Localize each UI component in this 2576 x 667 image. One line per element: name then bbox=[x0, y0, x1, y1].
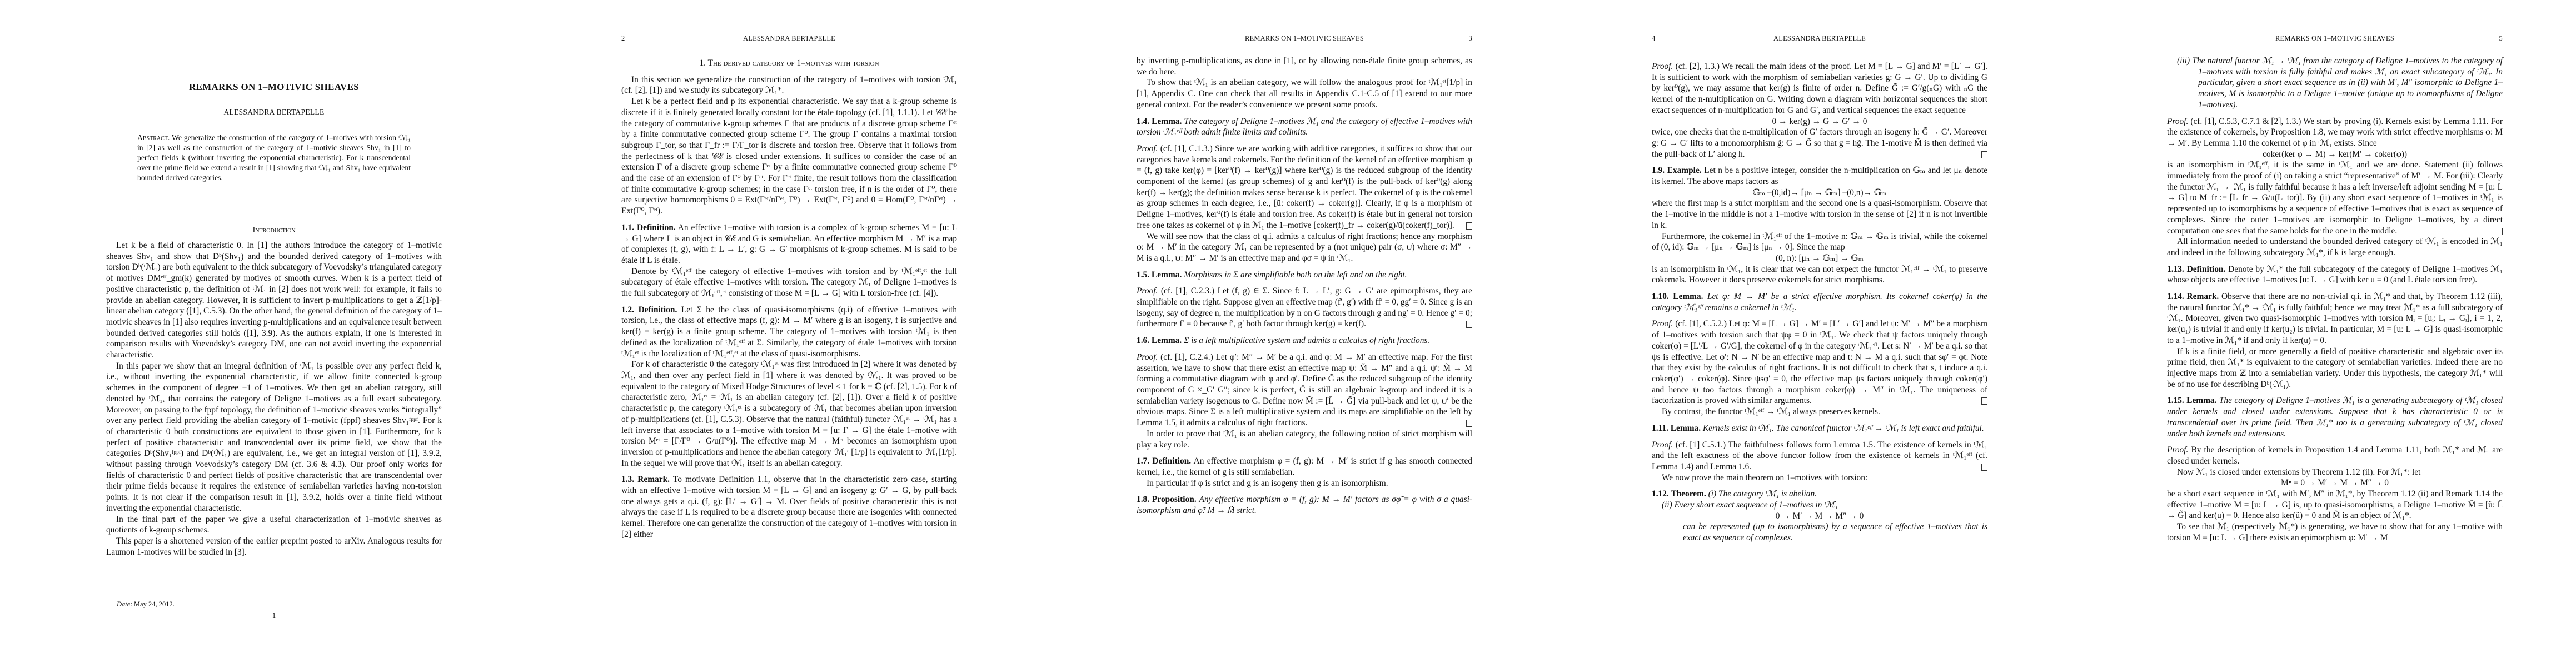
display-equation: (0, n): [μₙ → 𝔾ₘ] → 𝔾ₘ bbox=[1652, 253, 1987, 264]
paragraph-text: We will see now that the class of q.i. a… bbox=[1137, 232, 1472, 263]
environment-text: Σ is a left multiplicative system and ad… bbox=[1184, 336, 1429, 345]
paragraph: In order to prove that ᵗℳ₁ is an abelian… bbox=[1137, 429, 1472, 450]
proof: Proof. (cf. [1], C.2.3.) Let (f, g) ∈ Σ.… bbox=[1137, 286, 1472, 330]
paragraph-text: is an isomorphism in ᵗℳ₁ᵉᶠᶠ, it is the s… bbox=[2167, 160, 2503, 235]
theorem-environment: 1.13. Definition. Denote by ℳ₁* the full… bbox=[2167, 264, 2503, 286]
paragraph-text: Now ℳ₁ is closed under extensions by The… bbox=[2177, 467, 2420, 477]
proof: Proof. (cf. [1], C.5.3, C.7.1 & [2], 1.3… bbox=[2167, 116, 2503, 149]
qed-square-icon bbox=[1981, 464, 1987, 471]
theorem-environment: 1.9. Example. Let n be a positive intege… bbox=[1652, 165, 1987, 187]
environment-label: 1.12. Theorem. bbox=[1652, 489, 1706, 499]
paragraph-text: We now prove the main theorem on 1–motiv… bbox=[1662, 473, 1867, 482]
paragraph-text: To show that ᵗℳ₁ is an abelian category,… bbox=[1137, 78, 1472, 109]
environment-text: (cf. [1], C.5.2.) Let φ: M = [L → G] → M… bbox=[1652, 319, 1987, 405]
environment-label: 1.2. Definition. bbox=[621, 305, 677, 315]
proof: Proof. By the description of kernels in … bbox=[2167, 445, 2503, 466]
environment-label: 1.1. Definition. bbox=[621, 223, 676, 232]
paragraph-text: To see that ℳ₁ (respectively ℳ₁*) is gen… bbox=[2167, 522, 2503, 542]
environment-text: The category of Deligne 1–motives ℳ₁ and… bbox=[1137, 117, 1472, 137]
display-equation: 𝔾ₘ –(0,id)→ [μₙ → 𝔾ₘ] –(0,n)→ 𝔾ₘ bbox=[1652, 187, 1987, 198]
paragraph-text: be a short exact sequence in ᵗℳ₁ with M′… bbox=[2167, 489, 2503, 520]
proof-label: Proof. bbox=[1652, 62, 1673, 71]
paragraph: be a short exact sequence in ᵗℳ₁ with M′… bbox=[2167, 489, 2503, 521]
display-equation: M• = 0 → M′ → M → M″ → 0 bbox=[2167, 477, 2503, 489]
paragraph: Let k be a perfect field and p its expon… bbox=[621, 96, 957, 217]
page-number: 3 bbox=[1469, 34, 1472, 43]
environment-text: (cf. [1], C.2.4.) Let φ′: M″ → M′ be a q… bbox=[1137, 352, 1472, 427]
environment-label: 1.13. Definition. bbox=[2167, 265, 2225, 274]
paragraph: Furthermore, the cokernel in ᵗℳ₁ᵉᶠᶠ of t… bbox=[1652, 231, 1987, 253]
page-5: REMARKS ON 1–MOTIVIC SHEAVES 5 (iii) The… bbox=[2061, 0, 2576, 667]
running-head: REMARKS ON 1–MOTIVIC SHEAVES 3 bbox=[1137, 34, 1472, 44]
paragraph-text: By contrast, the functor ᵗℳ₁ᵉᶠᶠ → ᵗℳ₁ al… bbox=[1662, 407, 1880, 416]
environment-label: 1.3. Remark. bbox=[621, 475, 670, 484]
environment-text: Morphisms in Σ are simplifiable both on … bbox=[1184, 270, 1407, 280]
page-2: 2 ALESSANDRA BERTAPELLE 1. The derived c… bbox=[515, 0, 1030, 667]
paragraph-text: where the first map is a strict morphism… bbox=[1652, 198, 1987, 230]
running-head-title: REMARKS ON 1–MOTIVIC SHEAVES bbox=[2167, 34, 2503, 43]
environment-label: 1.14. Remark. bbox=[2167, 292, 2219, 301]
environment-text: (cf. [1], C.1.3.) Since we are working w… bbox=[1137, 144, 1472, 230]
theorem-environment: 1.4. Lemma. The category of Deligne 1–mo… bbox=[1137, 116, 1472, 138]
footnote-date: Date: May 24, 2012. bbox=[117, 600, 175, 609]
theorem-item: can be represented (up to isomorphisms) … bbox=[1652, 521, 1987, 543]
running-head: REMARKS ON 1–MOTIVIC SHEAVES 5 bbox=[2167, 34, 2503, 44]
qed-square-icon bbox=[1466, 420, 1472, 427]
display-equation: 0 → ker(g) → G → G′ → 0 bbox=[1652, 116, 1987, 127]
page-2-body: 1. The derived category of 1–motives wit… bbox=[621, 58, 957, 540]
display-equation: 0 → M′ → M → M″ → 0 bbox=[1652, 511, 1987, 522]
paragraph: is an isomorphism in ᵗℳ₁, it is clear th… bbox=[1652, 264, 1987, 286]
proof: Proof. (cf. [1] C.5.1.) The faithfulness… bbox=[1652, 440, 1987, 472]
environment-text: (cf. [1], C.5.3, C.7.1 & [2], 1.3.) We s… bbox=[2167, 117, 2503, 148]
environment-text: (cf. [1] C.5.1.) The faithfulness follow… bbox=[1652, 440, 1987, 471]
running-head-title: ALESSANDRA BERTAPELLE bbox=[621, 34, 957, 43]
theorem-environment: 1.12. Theorem. (i) The category ᵗℳ₁ is a… bbox=[1652, 489, 1987, 500]
paragraph: We will see now that the class of q.i. a… bbox=[1137, 231, 1472, 264]
page-4: 4 ALESSANDRA BERTAPELLE Proof. (cf. [2],… bbox=[1546, 0, 2061, 667]
proof: Proof. (cf. [1], C.2.4.) Let φ′: M″ → M′… bbox=[1137, 352, 1472, 429]
environment-text: (cf. [2], 1.3.) We recall the main ideas… bbox=[1652, 62, 1987, 115]
environment-text: Kernels exist in ᵗℳ₁. The canonical func… bbox=[1703, 424, 1984, 433]
environment-label: 1.4. Lemma. bbox=[1137, 117, 1182, 126]
proof-label: Proof. bbox=[1652, 440, 1673, 450]
page-4-body: Proof. (cf. [2], 1.3.) We recall the mai… bbox=[1652, 56, 1987, 544]
proof-label: Proof. bbox=[2167, 445, 2188, 455]
paragraph: We now prove the main theorem on 1–motiv… bbox=[1652, 472, 1987, 484]
theorem-item: (ii) Every short exact sequence of 1–mot… bbox=[1652, 500, 1987, 511]
paragraph: If k is a finite field, or more generall… bbox=[2167, 346, 2503, 390]
paragraph: twice, one checks that the n-multiplicat… bbox=[1652, 127, 1987, 160]
page-number: 5 bbox=[2499, 34, 2503, 43]
running-head: 2 ALESSANDRA BERTAPELLE bbox=[621, 34, 957, 44]
theorem-environment: 1.5. Lemma. Morphisms in Σ are simplifia… bbox=[1137, 270, 1472, 281]
environment-text: Let n be a positive integer, consider th… bbox=[1652, 166, 1987, 186]
paragraph: In the final part of the paper we give a… bbox=[106, 514, 442, 536]
theorem-environment: 1.7. Definition. An effective morphism φ… bbox=[1137, 456, 1472, 477]
proof: Proof. (cf. [2], 1.3.) We recall the mai… bbox=[1652, 61, 1987, 116]
environment-label: 1.10. Lemma. bbox=[1652, 292, 1703, 301]
paragraph-text: is an isomorphism in ᵗℳ₁, it is clear th… bbox=[1652, 265, 1987, 285]
page-3-body: by inverting p-multiplications, as done … bbox=[1137, 56, 1472, 516]
abstract-label: Abstract. bbox=[137, 133, 170, 142]
environment-label: 1.5. Lemma. bbox=[1137, 270, 1182, 280]
abstract-text: We generalize the construction of the ca… bbox=[137, 133, 411, 182]
running-head-title: REMARKS ON 1–MOTIVIC SHEAVES bbox=[1137, 34, 1472, 43]
page-number: 1 bbox=[106, 611, 442, 620]
paragraph: Denote by ᵗℳ₁ᵉᶠᶠ the category of effecti… bbox=[621, 266, 957, 299]
abstract: Abstract. We generalize the construction… bbox=[137, 133, 411, 183]
paragraph-text: In particular if φ is strict and g is an… bbox=[1147, 479, 1388, 488]
paragraph-text: by inverting p-multiplications, as done … bbox=[1137, 56, 1472, 77]
paragraph: In this section we generalize the constr… bbox=[621, 74, 957, 96]
paragraph-text: If k is a finite field, or more generall… bbox=[2167, 347, 2503, 389]
theorem-item: (iii) The natural functor ℳ₁ → ᵗℳ₁ from … bbox=[2167, 56, 2503, 111]
paragraph: To show that ᵗℳ₁ is an abelian category,… bbox=[1137, 77, 1472, 110]
proof: Proof. (cf. [1], C.5.2.) Let φ: M = [L →… bbox=[1652, 318, 1987, 406]
proof-label: Proof. bbox=[1137, 352, 1158, 362]
paragraph: In particular if φ is strict and g is an… bbox=[1137, 478, 1472, 489]
paragraph-text: twice, one checks that the n-multiplicat… bbox=[1652, 127, 1987, 158]
environment-label: 1.7. Definition. bbox=[1137, 456, 1191, 466]
environment-text: (i) The category ᵗℳ₁ is abelian. bbox=[1708, 489, 1817, 499]
paragraph-text: Denote by ᵗℳ₁ᵉᶠᶠ the category of effecti… bbox=[621, 267, 957, 298]
paragraph-text: For k of characteristic 0 the category ᵗ… bbox=[621, 360, 957, 467]
paragraph: In this paper we show that an integral d… bbox=[106, 361, 442, 514]
environment-text: To motivate Definition 1.1, observe that… bbox=[621, 475, 957, 539]
page-1: REMARKS ON 1–MOTIVIC SHEAVES ALESSANDRA … bbox=[0, 0, 515, 667]
display-equation: coker(ker φ → M) → ker(M′ → coker(φ)) bbox=[2167, 149, 2503, 160]
footnote-label: Date bbox=[117, 600, 130, 608]
running-head-title: ALESSANDRA BERTAPELLE bbox=[1652, 34, 1987, 43]
paragraph: By contrast, the functor ᵗℳ₁ᵉᶠᶠ → ᵗℳ₁ al… bbox=[1652, 406, 1987, 417]
theorem-environment: 1.15. Lemma. The category of Deligne 1–m… bbox=[2167, 395, 2503, 439]
theorem-environment: 1.10. Lemma. Let φ: M → M′ be a strict e… bbox=[1652, 291, 1987, 313]
theorem-environment: 1.1. Definition. An effective 1–motive w… bbox=[621, 222, 957, 266]
theorem-environment: 1.6. Lemma. Σ is a left multiplicative s… bbox=[1137, 335, 1472, 346]
footnote-text: : May 24, 2012. bbox=[130, 600, 175, 608]
paragraph: where the first map is a strict morphism… bbox=[1652, 198, 1987, 231]
section-heading: 1. The derived category of 1–motives wit… bbox=[621, 58, 957, 69]
paragraph: This paper is a shortened version of the… bbox=[106, 536, 442, 558]
theorem-environment: 1.2. Definition. Let Σ be the class of q… bbox=[621, 305, 957, 360]
paragraph-text: In this section we generalize the constr… bbox=[621, 75, 957, 96]
proof-label: Proof. bbox=[2167, 117, 2188, 126]
environment-label: 1.15. Lemma. bbox=[2167, 396, 2216, 405]
environment-label: 1.11. Lemma. bbox=[1652, 424, 1701, 433]
environment-label: 1.6. Lemma. bbox=[1137, 336, 1182, 345]
qed-square-icon bbox=[2497, 228, 2503, 235]
environment-label: 1.8. Proposition. bbox=[1137, 495, 1197, 504]
paragraph-text: Furthermore, the cokernel in ᵗℳ₁ᵉᶠᶠ of t… bbox=[1652, 232, 1987, 252]
proof-label: Proof. bbox=[1652, 319, 1673, 328]
paragraph: is an isomorphism in ᵗℳ₁ᵉᶠᶠ, it is the s… bbox=[2167, 160, 2503, 236]
paragraph: by inverting p-multiplications, as done … bbox=[1137, 56, 1472, 77]
qed-square-icon bbox=[1981, 397, 1987, 405]
environment-text: (cf. [1], C.2.3.) Let (f, g) ∈ Σ. Since … bbox=[1137, 286, 1472, 328]
section-heading-introduction: Introduction bbox=[106, 226, 442, 235]
paragraph-text: All information needed to understand the… bbox=[2167, 237, 2503, 257]
paper-title: REMARKS ON 1–MOTIVIC SHEAVES bbox=[106, 82, 442, 93]
paragraph-text: Let k be a perfect field and p its expon… bbox=[621, 97, 957, 216]
paragraph: All information needed to understand the… bbox=[2167, 236, 2503, 258]
page-1-body: Let k be a field of characteristic 0. In… bbox=[106, 240, 442, 558]
environment-label: 1.9. Example. bbox=[1652, 166, 1702, 175]
proof-label: Proof. bbox=[1137, 286, 1158, 296]
page-5-body: (iii) The natural functor ℳ₁ → ᵗℳ₁ from … bbox=[2167, 56, 2503, 544]
theorem-environment: 1.8. Proposition. Any effective morphism… bbox=[1137, 494, 1472, 516]
page-3: REMARKS ON 1–MOTIVIC SHEAVES 3 by invert… bbox=[1030, 0, 1546, 667]
running-head: 4 ALESSANDRA BERTAPELLE bbox=[1652, 34, 1987, 44]
footnote-rule bbox=[106, 598, 157, 598]
theorem-environment: 1.3. Remark. To motivate Definition 1.1,… bbox=[621, 474, 957, 540]
theorem-environment: 1.11. Lemma. Kernels exist in ᵗℳ₁. The c… bbox=[1652, 423, 1987, 434]
paragraph: To see that ℳ₁ (respectively ℳ₁*) is gen… bbox=[2167, 521, 2503, 543]
qed-square-icon bbox=[1466, 222, 1472, 230]
proof-label: Proof. bbox=[1137, 144, 1158, 153]
paragraph-text: In order to prove that ᵗℳ₁ is an abelian… bbox=[1137, 429, 1472, 450]
proof: Proof. (cf. [1], C.1.3.) Since we are wo… bbox=[1137, 143, 1472, 231]
qed-square-icon bbox=[1981, 151, 1987, 158]
paper-author: ALESSANDRA BERTAPELLE bbox=[106, 108, 442, 117]
environment-text: The category of Deligne 1–motives ℳ₁ is … bbox=[2167, 396, 2503, 438]
paragraph: For k of characteristic 0 the category ᵗ… bbox=[621, 359, 957, 469]
paragraph: Let k be a field of characteristic 0. In… bbox=[106, 240, 442, 361]
qed-square-icon bbox=[1466, 321, 1472, 328]
theorem-environment: 1.14. Remark. Observe that there are no … bbox=[2167, 291, 2503, 346]
environment-text: By the description of kernels in Proposi… bbox=[2167, 445, 2503, 466]
paragraph: Now ℳ₁ is closed under extensions by The… bbox=[2167, 467, 2503, 478]
